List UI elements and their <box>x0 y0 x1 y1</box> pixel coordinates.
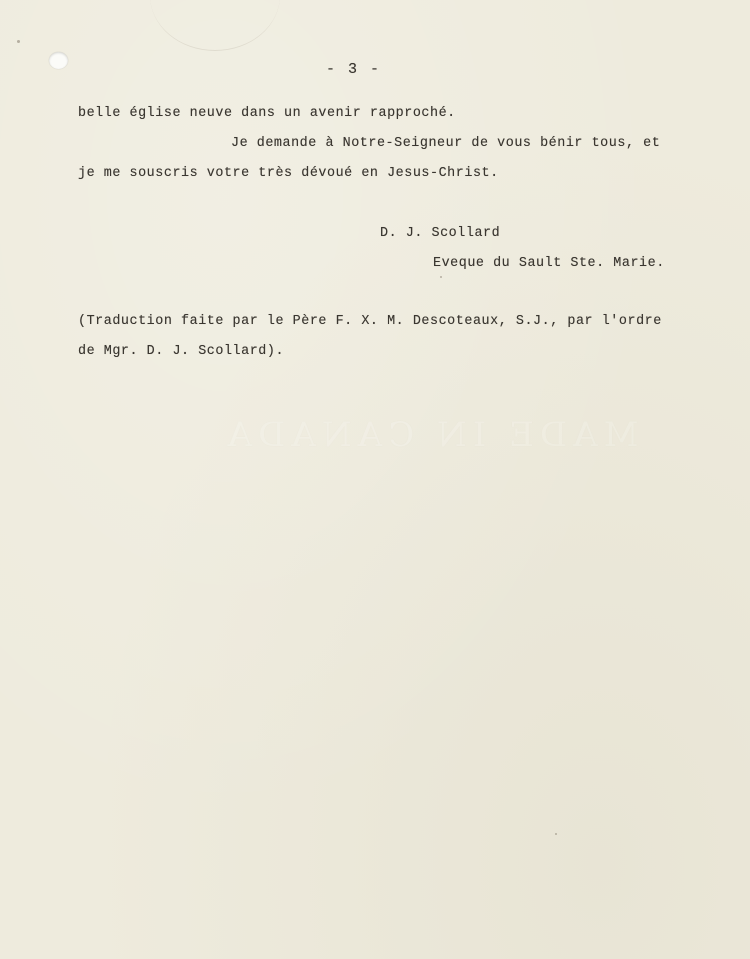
paper-speck <box>17 40 20 43</box>
paper-watermark: MADE IN CANADA <box>170 415 690 535</box>
paper-fold-mark <box>150 0 280 51</box>
body-line-2: Je demande à Notre-Seigneur de vous béni… <box>231 136 660 152</box>
page-number: - 3 - <box>326 62 381 78</box>
body-line-3: je me souscris votre très dévoué en Jesu… <box>78 166 499 182</box>
signature-title: Eveque du Sault Ste. Marie. <box>433 256 665 272</box>
translation-note-line-2: de Mgr. D. J. Scollard). <box>78 344 284 360</box>
punch-hole <box>49 52 68 69</box>
body-line-1: belle église neuve dans un avenir rappro… <box>78 106 456 122</box>
paper-speck <box>440 276 442 278</box>
document-page: MADE IN CANADA - 3 - belle église neuve … <box>0 0 750 959</box>
paper-speck <box>555 833 557 835</box>
signature-name: D. J. Scollard <box>380 226 500 242</box>
translation-note-line-1: (Traduction faite par le Père F. X. M. D… <box>78 314 662 330</box>
